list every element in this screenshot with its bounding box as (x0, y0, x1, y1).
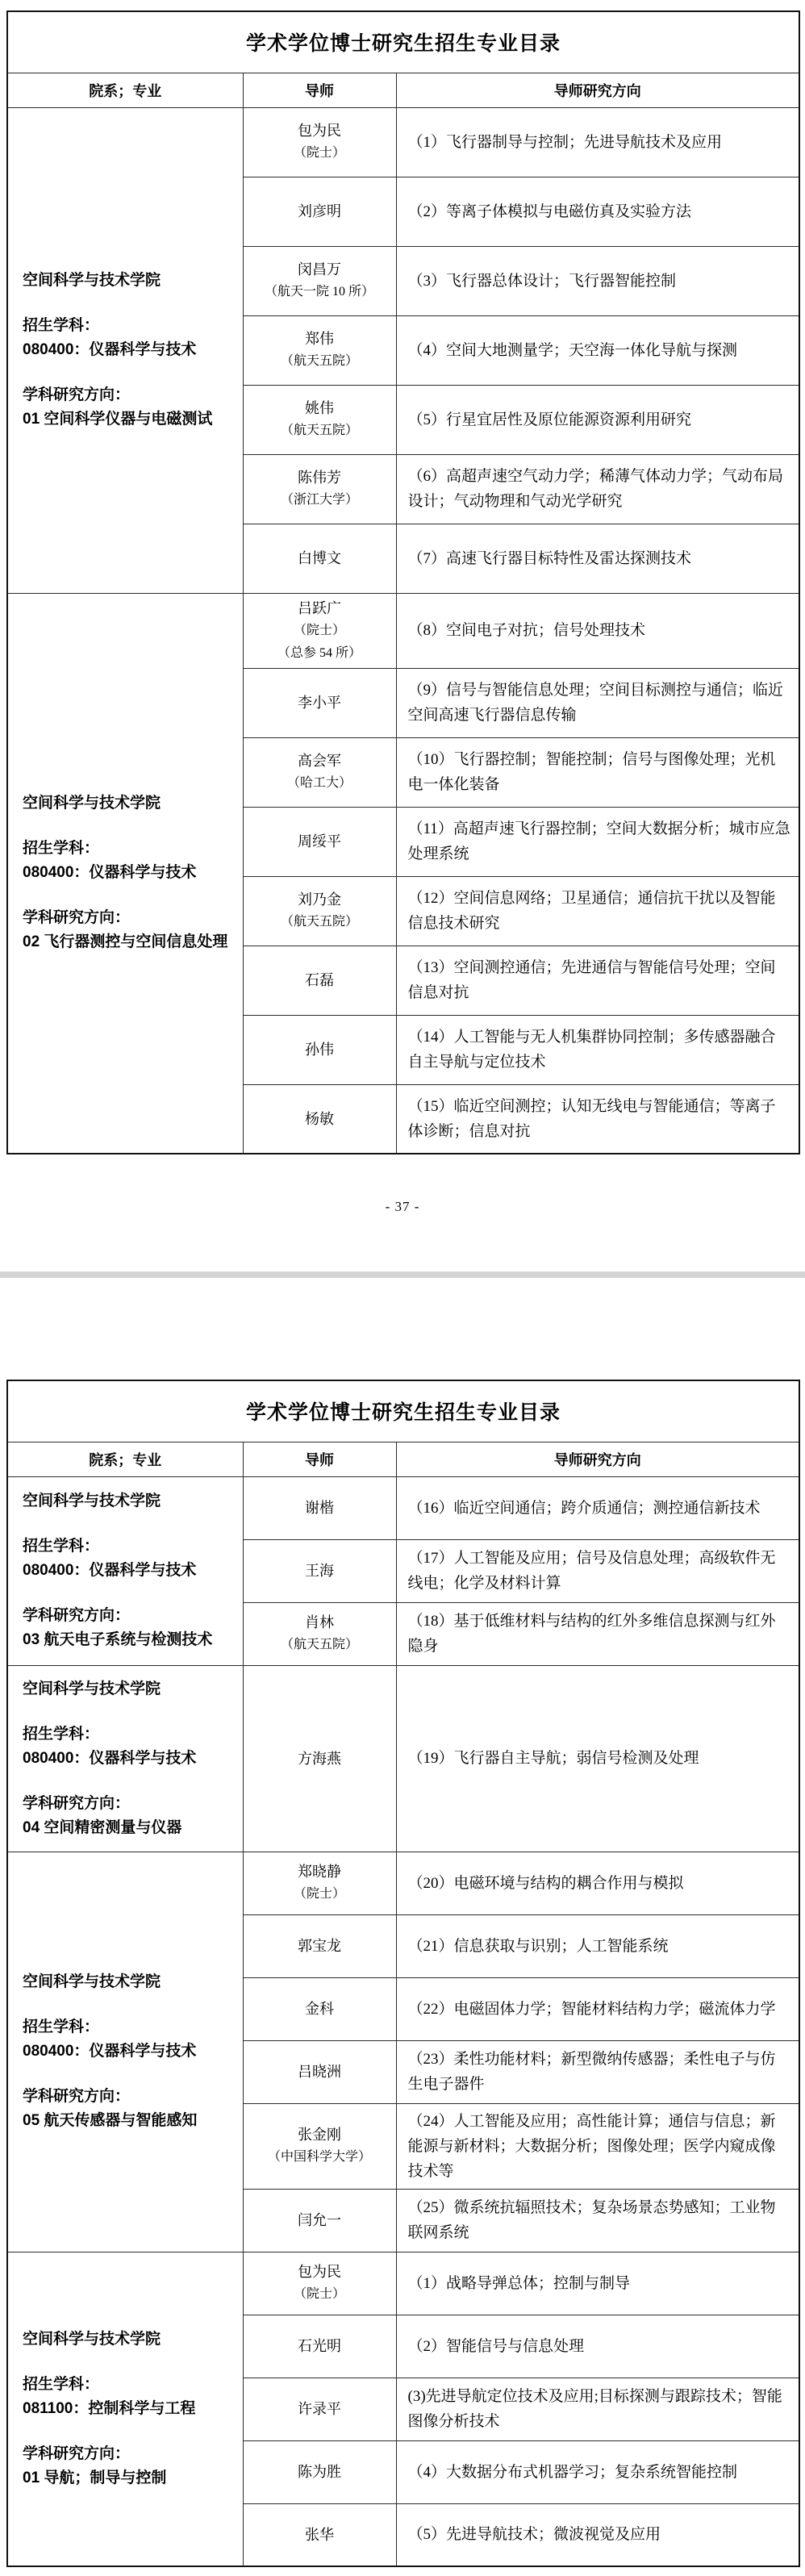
table-row: 空间科学与技术学院招生学科：080400：仪器科学与技术学科研究方向：03 航天… (7, 1476, 799, 1539)
supervisor-name: 杨敏 (245, 1108, 394, 1130)
department-line: 080400：仪器科学与技术 (23, 338, 238, 362)
column-header-department: 院系；专业 (7, 73, 243, 107)
department-cell: 空间科学与技术学院招生学科：080400：仪器科学与技术学科研究方向：05 航天… (7, 1852, 243, 2252)
supervisor-name: 石光明 (245, 2335, 394, 2357)
supervisor-cell: 周绥平 (243, 807, 396, 876)
column-header-supervisor: 导师 (243, 73, 396, 107)
table-row: 空间科学与技术学院招生学科：080400：仪器科学与技术学科研究方向：05 航天… (7, 1852, 799, 1914)
supervisor-cell: 李小平 (243, 668, 396, 737)
department-line: 招生学科： (23, 837, 238, 861)
department-line: 03 航天电子系统与检测技术 (23, 1628, 238, 1652)
supervisor-name: 孙伟 (245, 1038, 394, 1061)
research-direction-cell: （20）电磁环境与结构的耦合作用与模拟 (396, 1852, 799, 1914)
research-direction-cell: （25）微系统抗辐照技术；复杂场景态势感知；工业物联网系统 (396, 2189, 799, 2252)
spacer (23, 293, 238, 314)
supervisor-cell: 陈伟芳（浙江大学） (243, 454, 396, 524)
department-line: 学科研究方向： (23, 906, 238, 930)
department-line: 080400：仪器科学与技术 (23, 2040, 238, 2064)
supervisor-name: 吕晓洲 (245, 2060, 394, 2083)
department-line: 05 航天传感器与智能感知 (23, 2109, 238, 2133)
supervisor-name: 吕跃广 (245, 597, 394, 620)
catalog-table-page-1: 学术学位博士研究生招生专业目录 院系；专业 导师 导师研究方向 空间科学与技术学… (6, 10, 800, 1154)
supervisor-cell: 吕晓洲 (243, 2040, 396, 2103)
research-direction-cell: (3)先进导航定位技术及应用;目标探测与跟踪技术；智能图像分析技术 (396, 2378, 799, 2440)
supervisor-name: 刘乃金 (245, 888, 394, 911)
supervisor-name: 石磊 (245, 969, 394, 992)
department-line: 招生学科： (23, 314, 238, 338)
research-direction-cell: （7）高速飞行器目标特性及雷达探测技术 (396, 524, 799, 593)
department-line: 学科研究方向： (23, 1604, 238, 1628)
supervisor-cell: 石光明 (243, 2315, 396, 2378)
supervisor-affiliation: （航天一院 10 所） (245, 281, 394, 303)
bottom-margin (0, 2567, 805, 2576)
column-header-direction: 导师研究方向 (396, 73, 799, 107)
supervisor-cell: 郑晓静（院士） (243, 1852, 396, 1914)
catalog-table-page-2: 学术学位博士研究生招生专业目录 院系；专业 导师 导师研究方向 空间科学与技术学… (6, 1380, 800, 2567)
supervisor-name: 郑晓静 (245, 1860, 394, 1883)
supervisor-cell: 刘乃金（航天五院） (243, 876, 396, 946)
department-line: 080400：仪器科学与技术 (23, 1559, 238, 1583)
spacer (23, 1513, 238, 1534)
supervisor-cell: 闵昌万（航天一院 10 所） (243, 246, 396, 315)
supervisor-cell: 金科 (243, 1977, 396, 2040)
research-direction-cell: （12）空间信息网络；卫星通信；通信抗干扰以及智能信息技术研究 (396, 876, 799, 946)
supervisor-cell: 郑伟（航天五院） (243, 315, 396, 385)
table-row: 空间科学与技术学院招生学科：080400：仪器科学与技术学科研究方向：04 空间… (7, 1665, 799, 1852)
supervisor-name: 闫允一 (245, 2209, 394, 2232)
department-line: 招生学科： (23, 2015, 238, 2040)
supervisor-name: 闵昌万 (245, 258, 394, 281)
supervisor-name: 包为民 (245, 2261, 394, 2283)
column-header-supervisor: 导师 (243, 1442, 396, 1476)
spacer (23, 2421, 238, 2442)
supervisor-affiliation: （院士） (245, 142, 394, 165)
department-line: 学科研究方向： (23, 383, 238, 407)
supervisor-cell: 郭宝龙 (243, 1914, 396, 1977)
department-line: 学科研究方向： (23, 2442, 238, 2466)
research-direction-cell: （13）空间测控通信；先进通信与智能信号处理；空间信息对抗 (396, 946, 799, 1015)
supervisor-cell: 张华 (243, 2503, 396, 2566)
department-cell: 空间科学与技术学院招生学科：080400：仪器科学与技术学科研究方向：02 飞行… (7, 593, 243, 1154)
department-line: 01 空间科学仪器与电磁测试 (23, 407, 238, 432)
department-line: 02 飞行器测控与空间信息处理 (23, 930, 238, 954)
document-title: 学术学位博士研究生招生专业目录 (7, 1380, 799, 1442)
page-separator (0, 1271, 805, 1278)
supervisor-name: 肖林 (245, 1611, 394, 1634)
supervisor-cell: 包为民（院士） (243, 2252, 396, 2315)
research-direction-cell: （8）空间电子对抗；信号处理技术 (396, 593, 799, 668)
spacer (23, 1771, 238, 1792)
supervisor-name: 陈为胜 (245, 2461, 394, 2483)
supervisor-name: 姚伟 (245, 397, 394, 420)
department-line: 空间科学与技术学院 (23, 1677, 238, 1701)
supervisor-name: 张金刚 (245, 2123, 394, 2146)
research-direction-cell: （23）柔性功能材料；新型微纳传感器；柔性电子与仿生电子器件 (396, 2040, 799, 2103)
research-direction-cell: （24）人工智能及应用；高性能计算；通信与信息；新能源与新材料；大数据分析；图像… (396, 2103, 799, 2189)
research-direction-cell: （17）人工智能及应用；信号及信息处理；高级软件无线电；化学及材料计算 (396, 1539, 799, 1602)
research-direction-cell: （4）大数据分布式机器学习；复杂系统智能控制 (396, 2440, 799, 2503)
department-line: 学科研究方向： (23, 1792, 238, 1816)
supervisor-name: 刘彦明 (245, 200, 394, 223)
supervisor-cell: 高会军（哈工大） (243, 737, 396, 807)
supervisor-name: 李小平 (245, 691, 394, 714)
department-line: 080400：仪器科学与技术 (23, 861, 238, 885)
supervisor-cell: 孙伟 (243, 1015, 396, 1084)
research-direction-cell: （16）临近空间通信；跨介质通信；测控通信新技术 (396, 1476, 799, 1539)
supervisor-name: 郭宝龙 (245, 1935, 394, 1957)
supervisor-name: 包为民 (245, 119, 394, 142)
department-line: 081100：控制科学与工程 (23, 2397, 238, 2421)
supervisor-name: 许录平 (245, 2398, 394, 2420)
column-header-direction: 导师研究方向 (396, 1442, 799, 1476)
department-line: 04 空间精密测量与仪器 (23, 1816, 238, 1840)
table-body: 空间科学与技术学院招生学科：080400：仪器科学与技术学科研究方向：01 空间… (7, 107, 799, 1154)
research-direction-cell: （2）智能信号与信息处理 (396, 2315, 799, 2378)
page-2: 学术学位博士研究生招生专业目录 院系；专业 导师 导师研究方向 空间科学与技术学… (0, 1369, 805, 2567)
research-direction-cell: （1）战略导弹总体；控制与制导 (396, 2252, 799, 2315)
research-direction-cell: （4）空间大地测量学；天空海一体化导航与探测 (396, 315, 799, 385)
supervisor-affiliation: （院士） (245, 2283, 394, 2306)
column-header-row: 院系；专业 导师 导师研究方向 (7, 73, 799, 107)
supervisor-cell: 吕跃广（院士）（总参 54 所） (243, 593, 396, 668)
department-line: 招生学科： (23, 1722, 238, 1747)
supervisor-cell: 陈为胜 (243, 2440, 396, 2503)
department-cell: 空间科学与技术学院招生学科：081100：控制科学与工程学科研究方向：01 导航… (7, 2252, 243, 2566)
supervisor-cell: 肖林（航天五院） (243, 1602, 396, 1665)
spacer (23, 816, 238, 837)
research-direction-cell: （11）高超声速飞行器控制；空间大数据分析；城市应急处理系统 (396, 807, 799, 876)
supervisor-affiliation: （航天五院） (245, 911, 394, 933)
supervisor-cell: 闫允一 (243, 2189, 396, 2252)
department-line: 空间科学与技术学院 (23, 269, 238, 293)
supervisor-affiliation: （总参 54 所） (245, 642, 394, 665)
supervisor-affiliation: （院士） (245, 620, 394, 642)
title-row: 学术学位博士研究生招生专业目录 (7, 11, 799, 73)
department-line: 招生学科： (23, 1534, 238, 1559)
supervisor-name: 白博文 (245, 547, 394, 570)
supervisor-affiliation: （中国科学大学） (245, 2146, 394, 2169)
supervisor-cell: 白博文 (243, 524, 396, 593)
research-direction-cell: （2）等离子体模拟与电磁仿真及实验方法 (396, 177, 799, 246)
research-direction-cell: （1）飞行器制导与控制；先进导航技术及应用 (396, 107, 799, 177)
research-direction-cell: （6）高超声速空气动力学；稀薄气体动力学；气动布局设计；气动物理和气动光学研究 (396, 454, 799, 524)
research-direction-cell: （22）电磁固体力学；智能材料结构力学；磁流体力学 (396, 1977, 799, 2040)
supervisor-cell: 杨敏 (243, 1084, 396, 1154)
supervisor-name: 高会军 (245, 749, 394, 772)
department-cell: 空间科学与技术学院招生学科：080400：仪器科学与技术学科研究方向：01 空间… (7, 107, 243, 593)
supervisor-name: 郑伟 (245, 328, 394, 350)
supervisor-cell: 刘彦明 (243, 177, 396, 246)
supervisor-affiliation: （院士） (245, 1883, 394, 1906)
supervisor-cell: 张金刚（中国科学大学） (243, 2103, 396, 2189)
department-line: 空间科学与技术学院 (23, 2328, 238, 2352)
spacer (23, 1701, 238, 1722)
table-row: 空间科学与技术学院招生学科：080400：仪器科学与技术学科研究方向：02 飞行… (7, 593, 799, 668)
research-direction-cell: （14）人工智能与无人机集群协同控制；多传感器融合自主导航与定位技术 (396, 1015, 799, 1084)
document-title: 学术学位博士研究生招生专业目录 (7, 11, 799, 73)
supervisor-affiliation: （航天五院） (245, 420, 394, 442)
research-direction-cell: （18）基于低维材料与结构的红外多维信息探测与红外隐身 (396, 1602, 799, 1665)
research-direction-cell: （19）飞行器自主导航；弱信号检测及处理 (396, 1665, 799, 1852)
table-row: 空间科学与技术学院招生学科：081100：控制科学与工程学科研究方向：01 导航… (7, 2252, 799, 2315)
department-line: 空间科学与技术学院 (23, 1489, 238, 1513)
table-body: 空间科学与技术学院招生学科：080400：仪器科学与技术学科研究方向：03 航天… (7, 1476, 799, 2566)
page-number: - 37 - (6, 1199, 799, 1218)
spacer (23, 1583, 238, 1604)
research-direction-cell: （21）信息获取与识别；人工智能系统 (396, 1914, 799, 1977)
supervisor-cell: 姚伟（航天五院） (243, 385, 396, 454)
spacer (23, 362, 238, 383)
supervisor-name: 陈伟芳 (245, 466, 394, 489)
spacer (23, 1994, 238, 2015)
title-row: 学术学位博士研究生招生专业目录 (7, 1380, 799, 1442)
department-cell: 空间科学与技术学院招生学科：080400：仪器科学与技术学科研究方向：03 航天… (7, 1476, 243, 1665)
supervisor-affiliation: （哈工大） (245, 772, 394, 795)
research-direction-cell: （5）先进导航技术；微波视觉及应用 (396, 2503, 799, 2566)
department-line: 学科研究方向： (23, 2085, 238, 2109)
department-cell: 空间科学与技术学院招生学科：080400：仪器科学与技术学科研究方向：04 空间… (7, 1665, 243, 1852)
spacer (23, 2352, 238, 2373)
supervisor-affiliation: （航天五院） (245, 1634, 394, 1656)
supervisor-affiliation: （浙江大学） (245, 489, 394, 511)
supervisor-cell: 包为民（院士） (243, 107, 396, 177)
supervisor-name: 方海燕 (245, 1747, 394, 1770)
supervisor-cell: 王海 (243, 1539, 396, 1602)
supervisor-affiliation: （航天五院） (245, 350, 394, 373)
department-line: 空间科学与技术学院 (23, 1970, 238, 1994)
supervisor-name: 张华 (245, 2524, 394, 2546)
supervisor-name: 谢楷 (245, 1497, 394, 1519)
research-direction-cell: （3）飞行器总体设计；飞行器智能控制 (396, 246, 799, 315)
column-header-department: 院系；专业 (7, 1442, 243, 1476)
research-direction-cell: （10）飞行器控制；智能控制；信号与图像处理；光机电一体化装备 (396, 737, 799, 807)
department-line: 招生学科： (23, 2373, 238, 2397)
spacer (23, 2064, 238, 2085)
supervisor-cell: 石磊 (243, 946, 396, 1015)
research-direction-cell: （9）信号与智能信息处理；空间目标测控与通信；临近空间高速飞行器信息传输 (396, 668, 799, 737)
column-header-row: 院系；专业 导师 导师研究方向 (7, 1442, 799, 1476)
supervisor-cell: 谢楷 (243, 1476, 396, 1539)
supervisor-name: 王海 (245, 1559, 394, 1582)
supervisor-cell: 许录平 (243, 2378, 396, 2440)
department-line: 080400：仪器科学与技术 (23, 1747, 238, 1771)
research-direction-cell: （15）临近空间测控；认知无线电与智能通信；等离子体诊断；信息对抗 (396, 1084, 799, 1154)
department-line: 空间科学与技术学院 (23, 791, 238, 816)
spacer (23, 885, 238, 906)
supervisor-cell: 方海燕 (243, 1665, 396, 1852)
table-row: 空间科学与技术学院招生学科：080400：仪器科学与技术学科研究方向：01 空间… (7, 107, 799, 177)
supervisor-name: 周绥平 (245, 830, 394, 853)
supervisor-name: 金科 (245, 1998, 394, 2020)
page-1: 学术学位博士研究生招生专业目录 院系；专业 导师 导师研究方向 空间科学与技术学… (0, 0, 805, 1218)
page-top-margin (0, 1278, 805, 1369)
research-direction-cell: （5）行星宜居性及原位能源资源利用研究 (396, 385, 799, 454)
department-line: 01 导航；制导与控制 (23, 2466, 238, 2490)
